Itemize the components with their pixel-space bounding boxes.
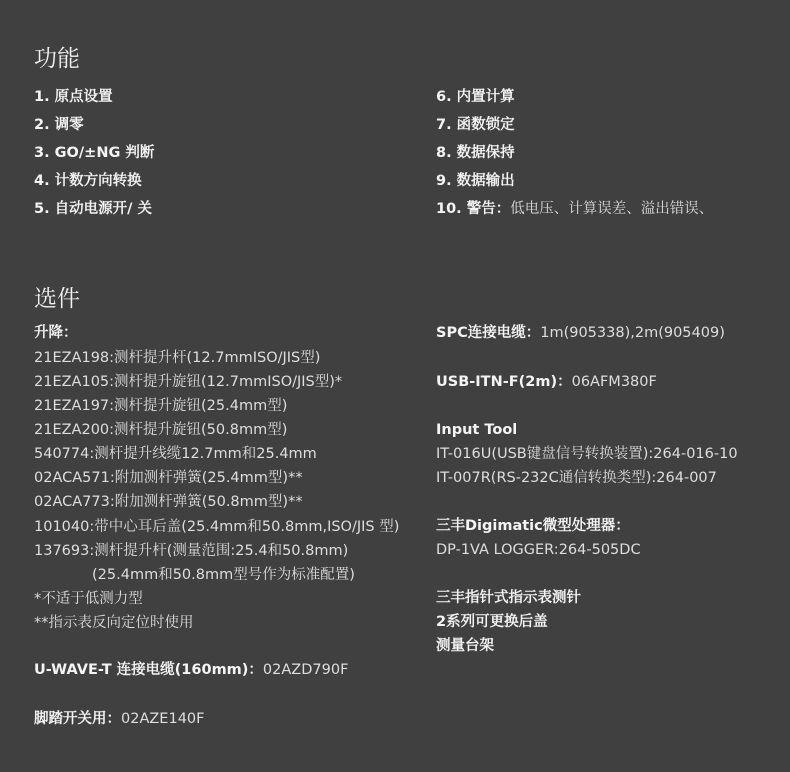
lift-item: 21EZA105:测杆提升旋钮(12.7mmISO/JIS型)*: [34, 373, 342, 391]
lift-item: 21EZA198:测杆提升杆(12.7mmISO/JIS型): [34, 349, 320, 367]
foot-label: 脚踏开关用：: [34, 711, 121, 727]
warning-text: 低电压、计算误差、溢出错误、: [510, 201, 713, 217]
function-item: 3. GO/±NG 判断: [34, 144, 154, 162]
input-tool-item: IT-016U(USB键盘信号转换装置):264-016-10: [436, 445, 738, 463]
spc-label: SPC连接电缆：: [436, 325, 540, 341]
function-item: 7. 函数锁定: [436, 116, 515, 134]
lift-item: 540774:测杆提升线缆12.7mm和25.4mm: [34, 445, 317, 463]
uwave-label: U-WAVE-T 连接电缆(160mm)：: [34, 662, 263, 678]
lift-item: 101040:带中心耳后盖(25.4mm和50.8mm,ISO/JIS 型): [34, 518, 399, 536]
function-item: 9. 数据输出: [436, 172, 515, 190]
lift-item: (25.4mm和50.8mm型号作为标准配置): [92, 566, 355, 584]
lift-note: *不适于低测力型: [34, 590, 143, 608]
lift-item: 21EZA200:测杆提升旋钮(50.8mm型): [34, 421, 287, 439]
uwave-value: 02AZD790F: [263, 662, 349, 678]
function-item: 2. 调零: [34, 116, 84, 134]
lift-item: 02ACA773:附加测杆弹簧(50.8mm型)**: [34, 493, 303, 511]
spc-cable: SPC连接电缆：1m(905338),2m(905409): [436, 324, 725, 342]
usb-itn: USB-ITN-F(2m)：06AFM380F: [436, 373, 657, 391]
function-item: 5. 自动电源开/ 关: [34, 200, 152, 218]
usb-label: USB-ITN-F(2m)：: [436, 374, 572, 390]
warning-label: 10. 警告：: [436, 201, 510, 217]
usb-value: 06AFM380F: [572, 374, 657, 390]
extra-item: 2系列可更换后盖: [436, 613, 548, 631]
function-item: 4. 计数方向转换: [34, 172, 142, 190]
spc-value: 1m(905338),2m(905409): [540, 325, 725, 341]
lift-item: 21EZA197:测杆提升旋钮(25.4mm型): [34, 397, 287, 415]
digimatic-value: DP-1VA LOGGER:264-505DC: [436, 541, 641, 559]
input-tool-heading: Input Tool: [436, 421, 517, 439]
lift-note: **指示表反向定位时使用: [34, 614, 194, 632]
lift-heading: 升降：: [34, 324, 78, 342]
foot-switch: 脚踏开关用：02AZE140F: [34, 710, 204, 728]
lift-item: 02ACA571:附加测杆弹簧(25.4mm型)**: [34, 469, 303, 487]
extra-item: 三丰指针式指示表测针: [436, 589, 581, 607]
function-warning: 10. 警告：低电压、计算误差、溢出错误、: [436, 200, 713, 218]
options-title: 选件: [34, 280, 80, 313]
function-item: 8. 数据保持: [436, 144, 515, 162]
function-item: 1. 原点设置: [34, 88, 113, 106]
digimatic-heading: 三丰Digimatic微型处理器：: [436, 517, 630, 535]
extra-item: 测量台架: [436, 637, 494, 655]
foot-value: 02AZE140F: [121, 711, 204, 727]
uwave-cable: U-WAVE-T 连接电缆(160mm)：02AZD790F: [34, 661, 348, 679]
function-item: 6. 内置计算: [436, 88, 515, 106]
functions-title: 功能: [34, 40, 80, 73]
input-tool-item: IT-007R(RS-232C通信转换类型):264-007: [436, 469, 717, 487]
lift-item: 137693:测杆提升杆(测量范围:25.4和50.8mm): [34, 542, 348, 560]
